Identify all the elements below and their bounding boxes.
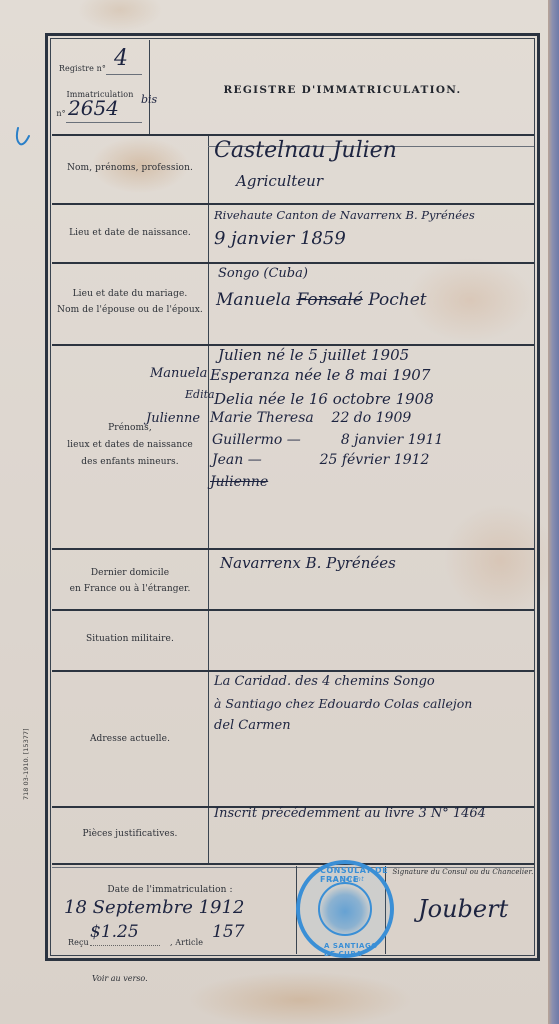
child-entry: Guillermo — 8 janvier 1911 [212, 432, 443, 448]
name-label: Nom, prénoms, profession. [55, 160, 205, 177]
spouse-last-name: Pochet [368, 290, 426, 310]
birth-place-value: Rivehaute Canton de Navarrenx B. Pyrénée… [214, 208, 475, 222]
row-divider [52, 670, 534, 672]
child-entry: Delia née le 16 octobre 1908 [214, 390, 434, 408]
domicile-label-1: Dernier domicile [55, 565, 205, 582]
address-line-1: La Caridad. des 4 chemins Songo [214, 674, 435, 689]
immatriculation-underline [66, 122, 142, 123]
row-divider [52, 203, 534, 205]
article-label: , Article [170, 934, 210, 951]
child-entry: Julien né le 5 juillet 1905 [218, 346, 409, 364]
domicile-label-2: en France ou à l'étranger. [55, 581, 205, 598]
footer-note: Voir au verso. [92, 974, 148, 983]
blue-check-icon [14, 126, 30, 148]
documents-label: Pièces justificatives. [55, 826, 205, 843]
page-edge [548, 0, 559, 1024]
spouse-first-name: Manuela [216, 290, 291, 310]
name-value: Castelnau Julien [214, 138, 397, 163]
child-entry: Jean — 25 février 1912 [212, 452, 429, 468]
birth-label: Lieu et date de naissance. [55, 225, 205, 242]
child-margin-name: Julienne [146, 411, 200, 426]
child-entry: Marie Theresa 22 do 1909 [210, 410, 411, 426]
children-label-2: lieux et dates de naissance [55, 437, 205, 454]
immatriculation-number: 2654 [68, 96, 119, 120]
consul-signature: Joubert [418, 895, 508, 923]
child-margin-name: Manuela [150, 366, 207, 381]
immatriculation-prefix: n° [55, 105, 67, 122]
spouse-value: Manuela Fonsalé Pochet [216, 290, 427, 310]
child-entry: Esperanza née le 8 mai 1907 [210, 366, 430, 384]
stamp-bottom-text: A SANTIAGO DE CUBA [324, 942, 390, 958]
row-divider [52, 609, 534, 611]
children-label-3: des enfants mineurs. [55, 454, 205, 471]
recu-underline [90, 945, 160, 947]
frame-bottom [48, 958, 538, 961]
address-line-3: del Carmen [214, 718, 291, 733]
domicile-value: Navarrenx B. Pyrénées [220, 554, 396, 572]
article-value: 157 [212, 922, 244, 942]
child-entry-struck: Julienne [210, 474, 268, 490]
address-label: Adresse actuelle. [55, 731, 205, 748]
recu-value: $1.25 [90, 922, 139, 942]
military-label: Situation militaire. [55, 631, 205, 648]
marriage-place-value: Songo (Cuba) [218, 266, 308, 281]
side-print-code: 718 03-1910. [15377] [22, 728, 30, 800]
registre-label: Registre n° [56, 60, 106, 77]
marriage-label: Lieu et date du mariage. [55, 286, 205, 303]
signature-label: Signature du Consul ou du Chancelier. [388, 864, 538, 881]
birth-date-value: 9 janvier 1859 [214, 228, 346, 249]
spouse-struck-name: Fonsalé [296, 290, 362, 310]
documents-value: Inscrit précédemment au livre 3 N° 1464 [214, 806, 486, 821]
row-divider [52, 134, 534, 136]
row-divider [52, 548, 534, 550]
registration-date-value: 18 Septembre 1912 [64, 897, 244, 918]
recu-label: Reçu [68, 934, 92, 951]
registre-number: 4 [114, 46, 128, 71]
registre-underline [106, 74, 142, 75]
profession-value: Agriculteur [236, 172, 323, 190]
child-margin-name: Edita [185, 388, 215, 401]
column-divider [208, 135, 209, 863]
consulate-stamp: CONSULAT DE FRANCE A SANTIAGO DE CUBA Le… [296, 860, 394, 958]
row-divider [52, 262, 534, 264]
page-title: REGISTRE D'IMMATRICULATION. [150, 84, 535, 96]
spouse-label: Nom de l'épouse ou de l'époux. [55, 302, 205, 319]
stamp-emblem-icon [318, 882, 372, 936]
address-line-2: à Santiago chez Edouardo Colas callejon [214, 696, 472, 711]
stamp-overlay-text: Le Gérant [330, 876, 364, 883]
